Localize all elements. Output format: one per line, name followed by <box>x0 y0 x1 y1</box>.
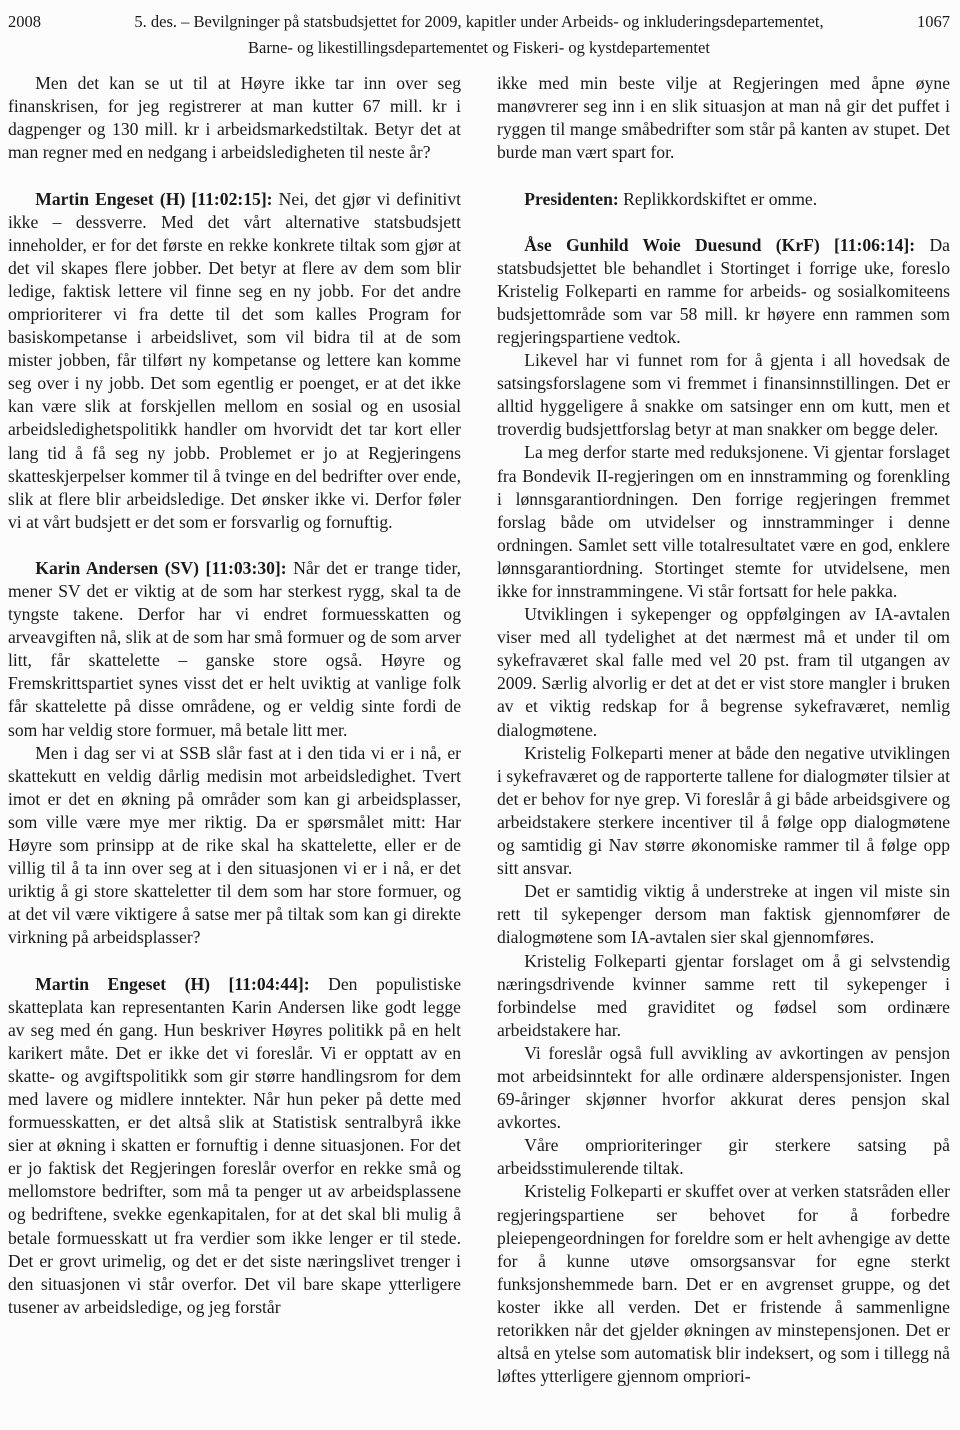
paragraph: Våre omprioriteringer gir sterkere satsi… <box>497 1134 950 1180</box>
paragraph: Men det kan se ut til at Høyre ikke tar … <box>8 72 461 164</box>
paragraph: Likevel har vi funnet rom for å gjenta i… <box>497 349 950 441</box>
paragraph: Utviklingen i sykepenger og oppfølgingen… <box>497 603 950 742</box>
paragraph: Kristelig Folkeparti mener at både den n… <box>497 742 950 881</box>
paragraph: Kristelig Folkeparti gjentar forslaget o… <box>497 950 950 1042</box>
paragraph: Det er samtidig viktig å understreke at … <box>497 880 950 949</box>
year-label: 2008 <box>8 9 88 35</box>
speech-paragraph: Presidenten: Replikkordskiftet er omme. <box>497 188 950 211</box>
text-columns: Men det kan se ut til at Høyre ikke tar … <box>0 60 960 1424</box>
speech-text: Når det er trange tider, mener SV det er… <box>8 558 461 740</box>
speaker-name: Presidenten: <box>524 189 618 209</box>
paragraph: Vi foreslår også full avvikling av avkor… <box>497 1042 950 1134</box>
speech-paragraph: Karin Andersen (SV) [11:03:30]: Når det … <box>8 557 461 742</box>
right-column: ikke med min beste vilje at Regjeringen … <box>497 72 950 1424</box>
page-number: 1067 <box>870 9 950 35</box>
page-header: 2008 5. des. – Bevilgninger på statsbuds… <box>0 0 960 60</box>
page-title-line1: 5. des. – Bevilgninger på statsbudsjette… <box>102 9 856 35</box>
speech-text: Replikkordskiftet er omme. <box>619 189 817 209</box>
speech-paragraph: Åse Gunhild Woie Duesund (KrF) [11:06:14… <box>497 234 950 349</box>
speech-text: Den populistiske skatteplata kan represe… <box>8 974 461 1317</box>
paragraph: Men i dag ser vi at SSB slår fast at i d… <box>8 742 461 950</box>
document-page: 2008 5. des. – Bevilgninger på statsbuds… <box>0 0 960 1430</box>
paragraph: Kristelig Folkeparti er skuffet over at … <box>497 1180 950 1388</box>
speech-paragraph: Martin Engeset (H) [11:04:44]: Den popul… <box>8 973 461 1319</box>
page-title-line2: Barne- og likestillingsdepartementet og … <box>102 35 856 61</box>
speaker-name: Martin Engeset (H) [11:02:15]: <box>35 189 272 209</box>
page-title: 5. des. – Bevilgninger på statsbudsjette… <box>88 9 870 60</box>
speaker-name: Karin Andersen (SV) [11:03:30]: <box>35 558 286 578</box>
speech-paragraph: Martin Engeset (H) [11:02:15]: Nei, det … <box>8 188 461 534</box>
speech-text: Nei, det gjør vi definitivt ikke – dessv… <box>8 189 461 532</box>
left-column: Men det kan se ut til at Høyre ikke tar … <box>8 72 461 1424</box>
speaker-name: Åse Gunhild Woie Duesund (KrF) [11:06:14… <box>524 235 915 255</box>
continuation-paragraph: ikke med min beste vilje at Regjeringen … <box>497 72 950 164</box>
paragraph: La meg derfor starte med reduksjonene. V… <box>497 441 950 603</box>
speaker-name: Martin Engeset (H) [11:04:44]: <box>35 974 309 994</box>
